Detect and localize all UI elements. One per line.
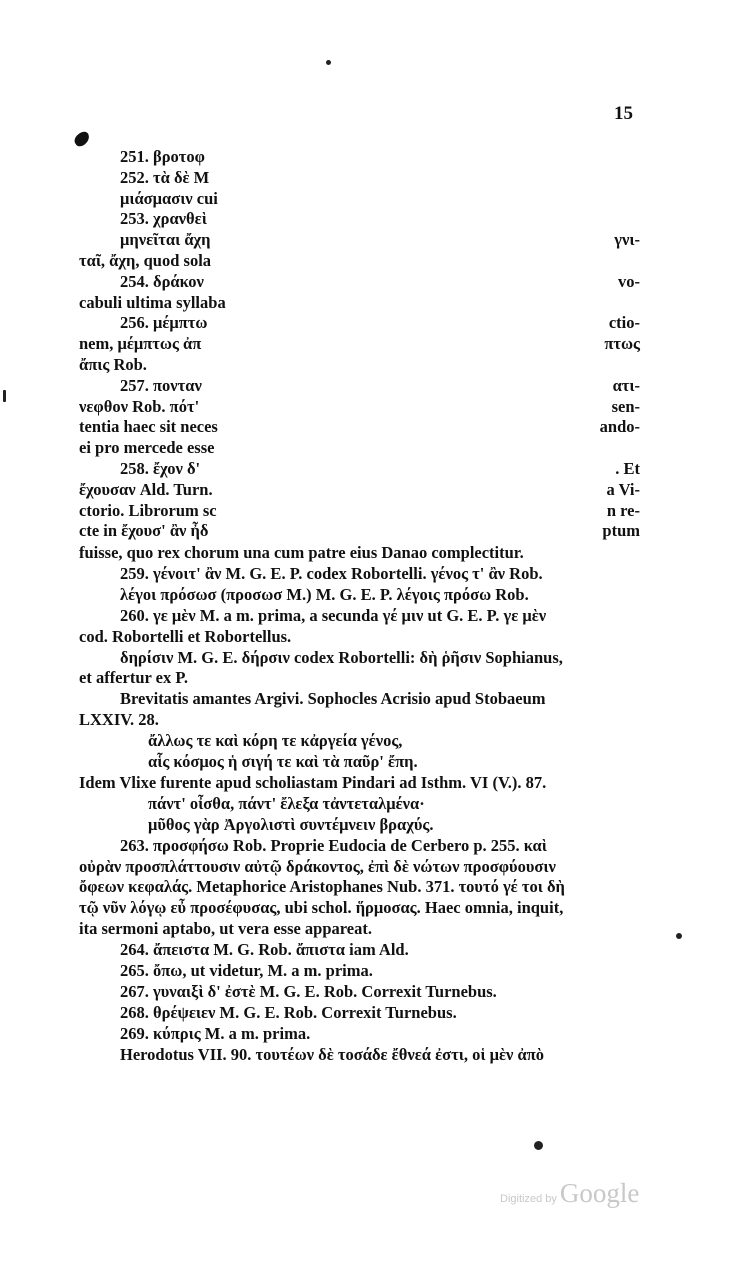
fragment-line-right: ando- — [600, 417, 640, 437]
text-line: 267. γυναιξὶ δ' ἐστὲ M. G. E. Rob. Corre… — [120, 982, 497, 1002]
text-line: ἄλλως τε καὶ κόρη τε κἀργεία γένος, — [148, 731, 402, 751]
fragment-line-left: 251. βροτοφ — [120, 147, 205, 167]
fragment-line-left: 257. πονταν — [120, 376, 202, 396]
text-line: ὄφεων κεφαλάς. Metaphorice Aristophanes … — [79, 877, 565, 897]
text-line: ita sermoni aptabo, ut vera esse apparea… — [79, 919, 372, 939]
fragment-line-left: 253. χρανθεὶ — [120, 209, 207, 229]
text-line: Idem Vlixe furente apud scholiastam Pind… — [79, 773, 546, 793]
google-logo: Google — [560, 1178, 639, 1208]
fragment-line-left: μηνεῖται ἄχη — [120, 230, 211, 250]
fragment-line-right: ctio- — [609, 313, 640, 333]
fragment-line-right: sen- — [612, 397, 640, 417]
text-line: cod. Robortelli et Robortellus. — [79, 627, 291, 647]
ink-blot — [72, 129, 92, 148]
fragment-line-left: 254. δράκον — [120, 272, 204, 292]
page-number: 15 — [614, 103, 633, 125]
text-line: λέγοι πρόσωσ (προσωσ M.) M. G. E. P. λέγ… — [120, 585, 529, 605]
text-line: 265. ὄπω, ut videtur, M. a m. prima. — [120, 961, 373, 981]
fragment-line-left: νεφθον Rob. πότ' — [79, 397, 199, 417]
fragment-line-right: ατι- — [613, 376, 640, 396]
fragment-line-right: . Et — [615, 459, 640, 479]
text-line: fuisse, quo rex chorum una cum patre eiu… — [79, 543, 524, 563]
fragment-line-left: cabuli ultima syllaba — [79, 293, 226, 313]
text-line: 268. θρέψειεν M. G. E. Rob. Correxit Tur… — [120, 1003, 457, 1023]
fragment-line-left: tentia haec sit neces — [79, 417, 218, 437]
fragment-line-right: vo- — [618, 272, 640, 292]
credit-small: Digitized by — [500, 1193, 557, 1205]
fragment-line-left: ei pro mercede esse — [79, 438, 214, 458]
text-line: πάντ' οἶσθα, πάντ' ἔλεξα τἀντεταλμένα· — [148, 794, 425, 814]
text-line: τῷ νῦν λόγῳ εὖ προσέφυσας, ubi schol. ἥρ… — [79, 898, 563, 918]
fragment-line-left: ἔχουσαν Ald. Turn. — [79, 480, 213, 500]
fragment-line-right: ptum — [602, 521, 640, 541]
text-line: 264. ἄπειστα M. G. Rob. ἄπιστα iam Ald. — [120, 940, 409, 960]
fragment-line-left: 258. ἔχον δ' — [120, 459, 200, 479]
fragment-line-left: ἄπις Rob. — [79, 355, 147, 375]
text-line: δηρίσιν M. G. E. δήρσιν codex Robortelli… — [120, 648, 563, 668]
ink-speck — [326, 60, 331, 65]
fragment-line-left: ctorio. Librorum sc — [79, 501, 217, 521]
text-line: Herodotus VII. 90. τουτέων δὲ τοσάδε ἔθν… — [120, 1045, 544, 1065]
digitized-by-google-watermark: Digitized byGoogle — [500, 1178, 639, 1209]
text-line: οὐρὰν προσπλάττουσιν αὐτῷ δράκοντος, ἐπὶ… — [79, 857, 556, 877]
text-line: Brevitatis amantes Argivi. Sophocles Acr… — [120, 689, 546, 709]
text-line: et affertur ex P. — [79, 668, 188, 688]
text-line: μῦθος γὰρ Ἀργολιστὶ συντέμνειν βραχύς. — [148, 815, 433, 835]
fragment-line-left: 252. τὰ δὲ M — [120, 168, 209, 188]
fragment-line-right: πτως — [604, 334, 640, 354]
ink-speck — [3, 390, 6, 402]
fragment-line-right: a Vi- — [607, 480, 640, 500]
fragment-line-left: ταῖ, ἄχη, quod sola — [79, 251, 211, 271]
ink-speck — [534, 1141, 543, 1150]
fragment-line-left: μιάσμασιν cui — [120, 189, 218, 209]
fragment-line-right: n re- — [607, 501, 640, 521]
text-line: 269. κύπρις M. a m. prima. — [120, 1024, 310, 1044]
text-line: 260. γε μὲν M. a m. prima, a secunda γέ … — [120, 606, 546, 626]
ink-speck — [676, 933, 682, 939]
text-line: LXXIV. 28. — [79, 710, 159, 730]
fragment-line-left: 256. μέμπτω — [120, 313, 207, 333]
text-line: 263. προσφήσω Rob. Proprie Eudocia de Ce… — [120, 836, 547, 856]
fragment-line-right: γνι- — [614, 230, 640, 250]
text-line: 259. γένοιτ' ἂν M. G. E. P. codex Robort… — [120, 564, 543, 584]
fragment-line-left: nem, μέμπτως ἀπ — [79, 334, 201, 354]
text-line: αἷς κόσμος ἡ σιγή τε καὶ τὰ παῦρ' ἔπη. — [148, 752, 418, 772]
fragment-line-left: cte in ἔχουσ' ἂν ἦδ — [79, 521, 209, 541]
